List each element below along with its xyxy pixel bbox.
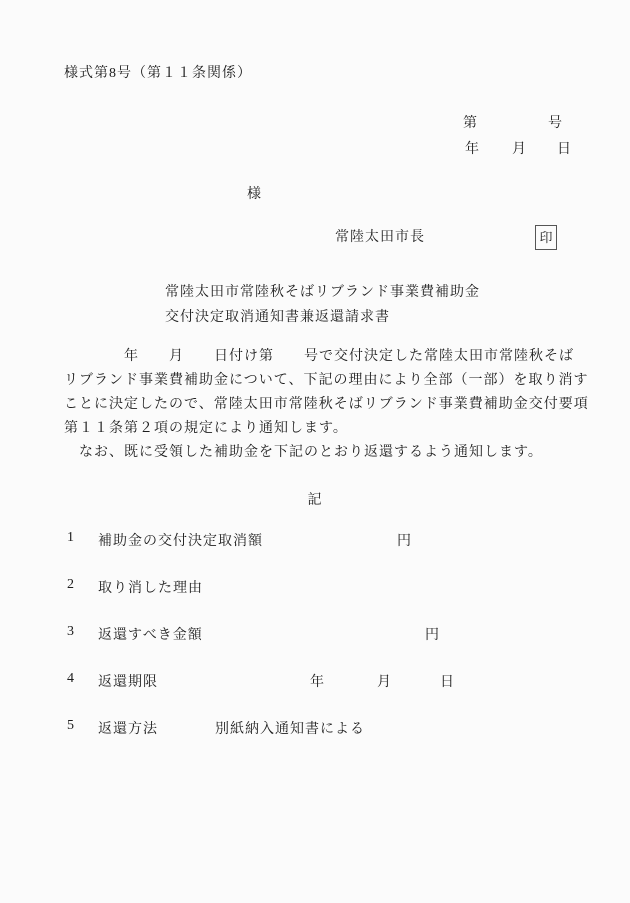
date-month-label: 月 [512, 138, 527, 158]
item-label: 返還すべき金額 [98, 624, 203, 644]
item-number: 4 [67, 671, 75, 687]
item-unit: 円 [425, 624, 440, 644]
item-cancel-amount: 1 補助金の交付決定取消額 円 [64, 530, 604, 577]
item-number: 3 [67, 624, 75, 640]
body-line: 第１１条第２項の規定により通知します。 [64, 417, 589, 441]
body-line: リブランド事業費補助金について、下記の理由により全部（一部）を取り消す [64, 369, 589, 393]
sender-name: 常陸太田市長 [335, 226, 425, 246]
doc-number-prefix: 第 [463, 112, 478, 132]
record-marker: 記 [0, 489, 630, 509]
date-day-label: 日 [557, 138, 572, 158]
item-value: 別紙納入通知書による [215, 718, 365, 738]
document-page: 様式第8号（第１１条関係） 第 号 年 月 日 様 常陸太田市長 印 常陸太田市… [0, 0, 630, 903]
document-title-line1: 常陸太田市常陸秋そばリブランド事業費補助金 [165, 280, 480, 305]
item-refund-deadline: 4 返還期限 年 月 日 [64, 671, 604, 718]
item-number: 1 [67, 530, 75, 546]
item-number: 5 [67, 718, 75, 734]
item-refund-amount: 3 返還すべき金額 円 [64, 624, 604, 671]
form-number: 様式第8号（第１１条関係） [64, 62, 252, 82]
doc-number-suffix: 号 [548, 112, 563, 132]
item-label: 返還方法 [98, 718, 158, 738]
body-line: ことに決定したので、常陸太田市常陸秋そばリブランド事業費補助金交付要項 [64, 393, 589, 417]
addressee-honorific: 様 [247, 183, 262, 203]
item-unit: 円 [397, 530, 412, 550]
document-title: 常陸太田市常陸秋そばリブランド事業費補助金 交付決定取消通知書兼返還請求書 [165, 280, 480, 330]
seal-stamp: 印 [535, 225, 557, 250]
item-refund-method: 5 返還方法 別紙納入通知書による [64, 718, 604, 765]
item-date-year: 年 [310, 671, 325, 691]
item-date-month: 月 [377, 671, 392, 691]
body-line: 年 月 日付け第 号で交付決定した常陸太田市常陸秋そば [64, 345, 589, 369]
item-number: 2 [67, 577, 75, 593]
item-label: 取り消した理由 [98, 577, 203, 597]
item-date-day: 日 [440, 671, 455, 691]
item-label: 返還期限 [98, 671, 158, 691]
document-title-line2: 交付決定取消通知書兼返還請求書 [165, 305, 480, 330]
item-cancel-reason: 2 取り消した理由 [64, 577, 604, 624]
body-paragraph: 年 月 日付け第 号で交付決定した常陸太田市常陸秋そば リブランド事業費補助金に… [64, 345, 589, 465]
items-list: 1 補助金の交付決定取消額 円 2 取り消した理由 3 返還すべき金額 円 4 … [64, 530, 604, 765]
body-line: なお、既に受領した補助金を下記のとおり返還するよう通知します。 [64, 441, 589, 465]
date-year-label: 年 [465, 138, 480, 158]
item-label: 補助金の交付決定取消額 [98, 530, 263, 550]
